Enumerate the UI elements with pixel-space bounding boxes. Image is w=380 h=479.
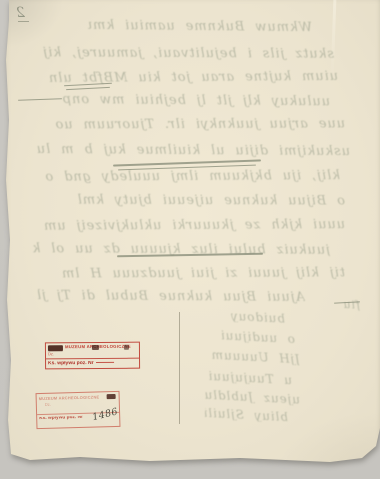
- ink-overprint-blot: [124, 345, 129, 350]
- ink-overprint-blot: [107, 394, 116, 399]
- stamp-divider: [46, 357, 139, 359]
- ink-underline-mark: [334, 301, 360, 304]
- stamp-dept-text: Dz.: [39, 401, 117, 407]
- stamp-entry-label: Ks. wpływu poz. Nr: [48, 360, 137, 366]
- ink-underline-mark: [18, 98, 62, 101]
- ink-overprint-blot: [48, 345, 63, 351]
- handwritten-entry-number: 1486: [91, 406, 119, 423]
- scanned-page: 2 Wkmuw Buknme uamiui kmuigskutz jils i …: [0, 0, 380, 479]
- stamp-dept-text: Dz.: [48, 351, 137, 356]
- ink-overprint-blot: [92, 345, 99, 350]
- museum-accession-stamp-upper: MUZEUM ARCHEOLOGICZNE Dz. Ks. wpływu poz…: [45, 342, 140, 370]
- stamp-header-text: MUZEUM ARCHEOLOGICZNE: [39, 394, 117, 400]
- fold-line: [179, 312, 180, 424]
- ink-underline-mark: [117, 253, 263, 258]
- stamp-entry-label-text: Ks. wpływu poz. Nr: [39, 415, 83, 421]
- paper-sheet: 2 Wkmuw Buknme uamiui kmuigskutz jils i …: [0, 0, 380, 479]
- ink-underline-mark: [66, 87, 110, 90]
- stamp-blank-line: [96, 362, 114, 363]
- stamp-entry-label-text: Ks. wpływu poz. Nr: [48, 360, 94, 366]
- ink-underline-mark: [64, 83, 112, 87]
- museum-accession-stamp-lower: MUZEUM ARCHEOLOGICZNE Dz. Ks. wpływu poz…: [36, 391, 121, 429]
